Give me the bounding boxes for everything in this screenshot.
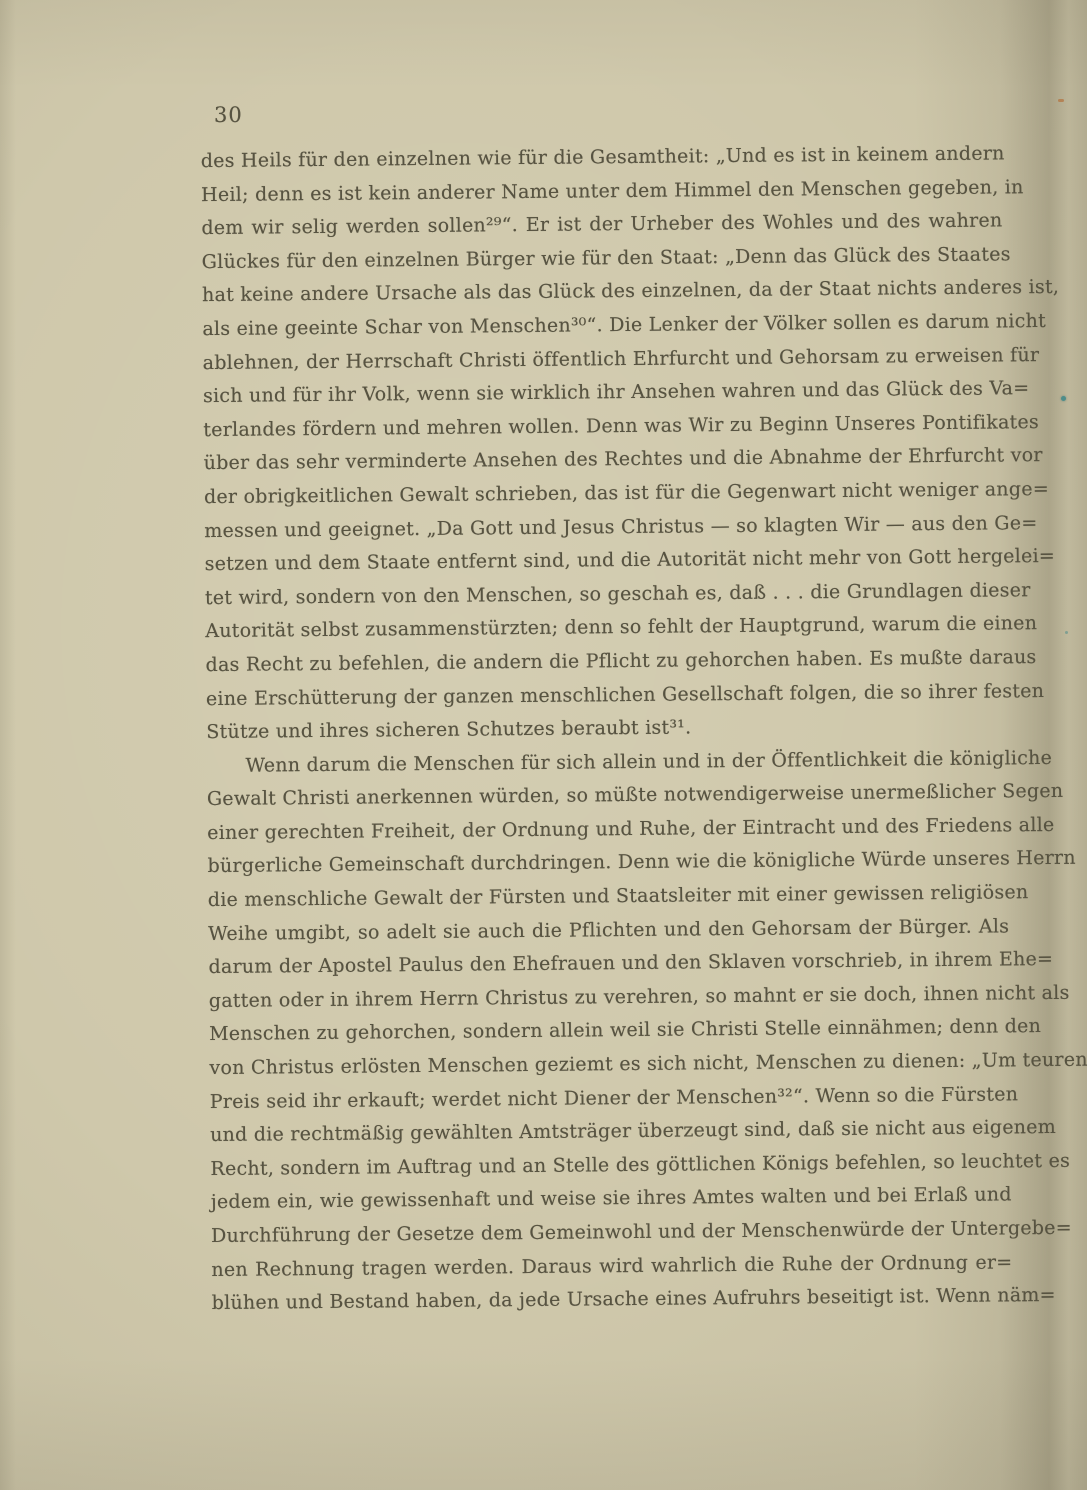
ink-speck <box>1061 396 1066 401</box>
ink-speck <box>1065 631 1068 634</box>
page-number: 30 <box>214 103 243 127</box>
text-line: blühen und Bestand haben, da jede Ursach… <box>212 1280 1013 1321</box>
text-block: des Heils für den einzelnen wie für die … <box>201 137 1013 1320</box>
ink-speck <box>1058 99 1064 102</box>
scanned-page: 30 des Heils für den einzelnen wie für d… <box>0 0 1087 1490</box>
